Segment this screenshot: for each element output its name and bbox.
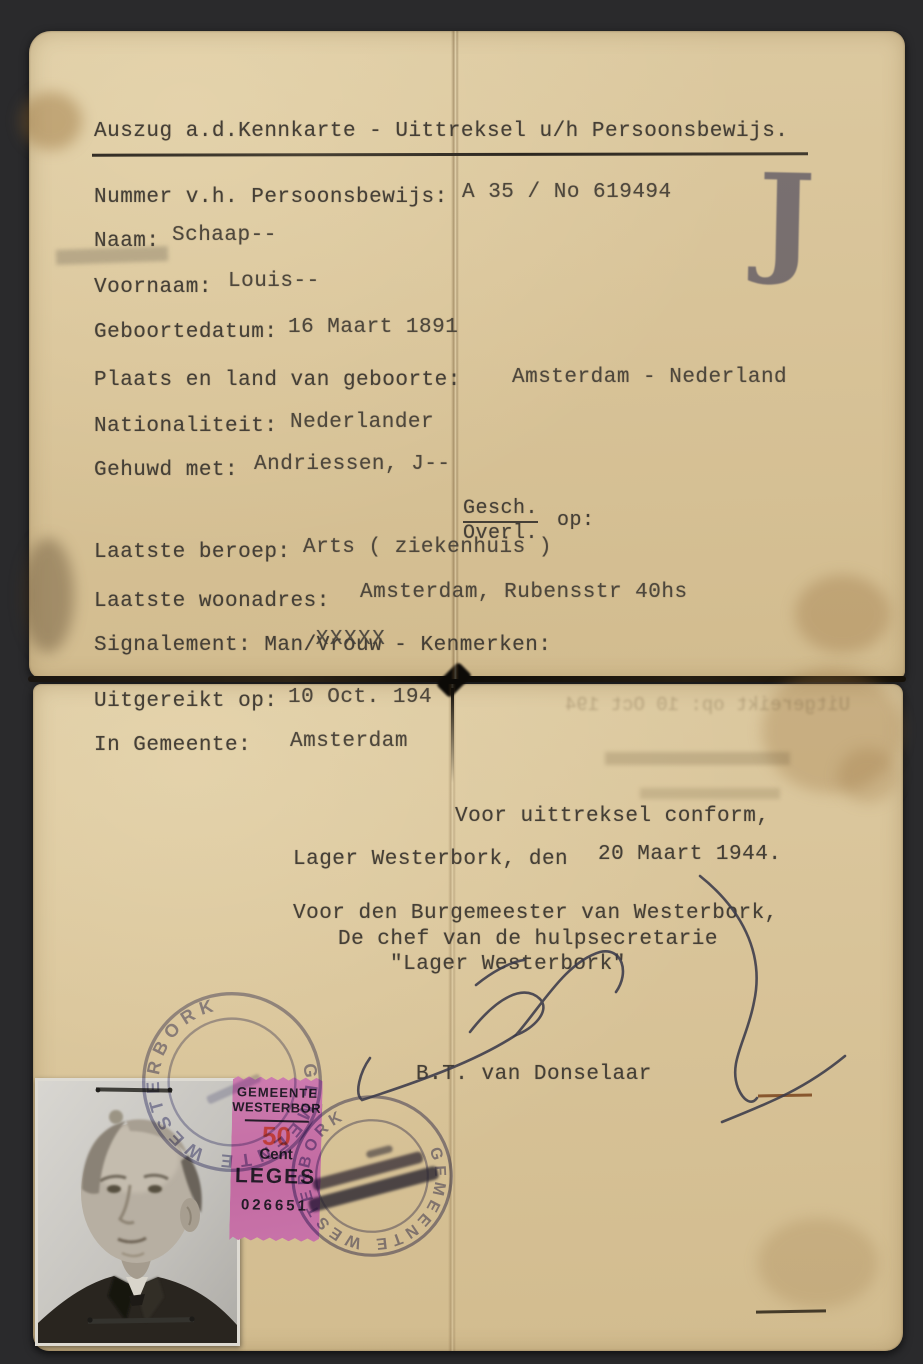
crease-tail (451, 688, 454, 783)
field-plaats-label: Plaats en land van geboorte: (94, 369, 461, 392)
field-naam-label: Naam: (94, 230, 160, 253)
attestation-lager: "Lager Westerbork" (390, 953, 626, 976)
paper-stain (838, 748, 898, 803)
field-nationaliteit-label: Nationaliteit: (94, 415, 277, 438)
paper-stain (22, 538, 74, 653)
document-title: Auszug a.d.Kennkarte - Uittreksel u/h Pe… (94, 120, 788, 143)
field-beroep-label: Laatste beroep: (94, 541, 291, 564)
vertical-crease-bottom (448, 684, 456, 1351)
j-stamp: J (757, 147, 817, 289)
field-signalement: Signalement: Man/VrouwXXXXX- Kenmerken: (94, 634, 552, 657)
paper-stain (795, 575, 890, 653)
field-voornaam-label: Voornaam: (94, 276, 212, 299)
attestation-date: 20 Maart 1944. (598, 843, 781, 866)
bleed-through-text: Uitgereikt op: 10 Oct 194 (565, 694, 850, 716)
attestation-conform: Voor uittreksel conform, (455, 805, 769, 828)
attestation-chef: De chef van de hulpsecretarie (338, 928, 718, 951)
bleed-through-smudge (640, 788, 780, 799)
field-voornaam-value: Louis-- (228, 270, 320, 293)
field-geboortedatum-label: Geboortedatum: (94, 321, 277, 344)
field-nationaliteit-value: Nederlander (290, 411, 434, 434)
field-gehuwd-label: Gehuwd met: (94, 459, 238, 482)
field-gehuwd-value: Andriessen, J-- (254, 453, 451, 476)
paper-stain (20, 92, 82, 150)
overstrike-x: XXXXX (316, 628, 387, 651)
field-gesch-op-label: op: (557, 509, 595, 532)
field-woonadres-value: Amsterdam, Rubensstr 40hs (360, 581, 688, 604)
field-plaats-value: Amsterdam - Nederland (512, 366, 787, 389)
signer-name: B.T. van Donselaar (416, 1063, 652, 1086)
field-woonadres-label: Laatste woonadres: (94, 590, 330, 613)
field-nummer-label: Nummer v.h. Persoonsbewijs: (94, 186, 448, 209)
bleed-through-smudge (605, 752, 790, 765)
field-nummer-value: A 35 / No 619494 (462, 181, 672, 204)
document-photo: Uitgereikt op: 10 Oct 194 Auszug a.d.Ken… (0, 0, 923, 1364)
field-beroep-value: Arts ( ziekenhuis ) (303, 536, 552, 559)
paper-stain (758, 1218, 878, 1308)
attestation-burgemeester: Voor den Burgemeester van Westerbork, (293, 902, 778, 925)
field-gesch-label: Gesch. (463, 497, 538, 520)
field-naam-value: Schaap-- (172, 224, 277, 247)
field-uitgereikt-value: 10 Oct. 194 (288, 686, 432, 709)
field-gemeente-value: Amsterdam (290, 730, 408, 753)
field-geboortedatum-value: 16 Maart 1891 (288, 316, 458, 339)
field-gemeente-label: In Gemeente: (94, 734, 251, 757)
vrouw-struck-out: VrouwXXXXX (317, 634, 383, 657)
field-uitgereikt-label: Uitgereikt op: (94, 690, 277, 713)
attestation-place: Lager Westerbork, den (293, 848, 568, 871)
